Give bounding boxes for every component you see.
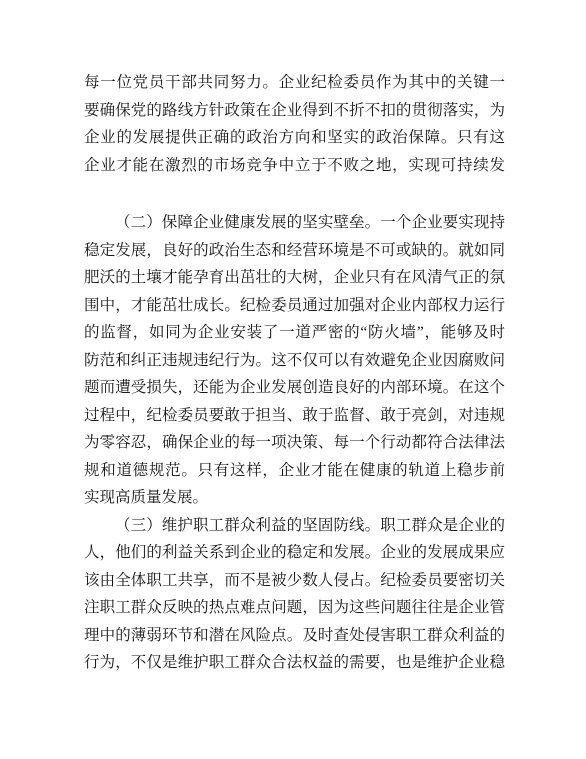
text-line: 每一位党员干部共同努力。企业纪检委员作为其中的关键一环， <box>84 69 505 97</box>
text-line: 肥沃的土壤才能孕育出茁壮的大树，企业只有在风清气正的氛 <box>84 264 505 292</box>
text-line: （二）保障企业健康发展的坚实壁垒。一个企业要实现持续 <box>84 209 505 237</box>
text-line: 行为，不仅是维护职工群众合法权益的需要，也是维护企业稳 <box>84 649 505 677</box>
text-line: 人，他们的利益关系到企业的稳定和发展。企业的发展成果应 <box>84 539 505 567</box>
text-line: （三）维护职工群众利益的坚固防线。职工群众是企业的主 <box>84 512 505 540</box>
text-line: 理中的薄弱环节和潜在风险点。及时查处侵害职工群众利益的 <box>84 622 505 650</box>
paragraph-section-three: （三）维护职工群众利益的坚固防线。职工群众是企业的主 人，他们的利益关系到企业的… <box>84 512 505 677</box>
text-line: 围中，才能茁壮成长。纪检委员通过加强对企业内部权力运行 <box>84 292 505 320</box>
text-line: 注职工群众反映的热点难点问题，因为这些问题往往是企业管 <box>84 594 505 622</box>
text-line: 该由全体职工共享，而不是被少数人侵占。纪检委员要密切关 <box>84 567 505 595</box>
text-line: 稳定发展，良好的政治生态和经营环境是不可或缺的。就如同 <box>84 237 505 265</box>
paragraph-continuation: 每一位党员干部共同努力。企业纪检委员作为其中的关键一环， 要确保党的路线方针政策… <box>84 69 505 179</box>
text-line: 企业的发展提供正确的政治方向和坚实的政治保障。只有这样， <box>84 124 505 152</box>
text-line: 要确保党的路线方针政策在企业得到不折不扣的贯彻落实，为 <box>84 97 505 125</box>
text-line: 过程中，纪检委员要敢于担当、敢于监督、敢于亮剑，对违规行 <box>84 402 505 430</box>
text-line: 为零容忍，确保企业的每一项决策、每一个行动都符合法律法 <box>84 429 505 457</box>
text-line: 的监督，如同为企业安装了一道严密的“防火墙”，能够及时 <box>84 319 505 347</box>
text-line: 规和道德规范。只有这样，企业才能在健康的轨道上稳步前行， <box>84 457 505 485</box>
text-line: 题而遭受损失，还能为企业发展创造良好的内部环境。在这个 <box>84 374 505 402</box>
text-line: 企业才能在激烈的市场竞争中立于不败之地，实现可持续发展。 <box>84 152 505 180</box>
paragraph-section-two: （二）保障企业健康发展的坚实壁垒。一个企业要实现持续 稳定发展，良好的政治生态和… <box>84 209 505 512</box>
text-line: 实现高质量发展。 <box>84 484 505 512</box>
document-page: 每一位党员干部共同努力。企业纪检委员作为其中的关键一环， 要确保党的路线方针政策… <box>84 69 505 677</box>
text-line: 防范和纠正违规违纪行为。这不仅可以有效避免企业因腐败问 <box>84 347 505 375</box>
